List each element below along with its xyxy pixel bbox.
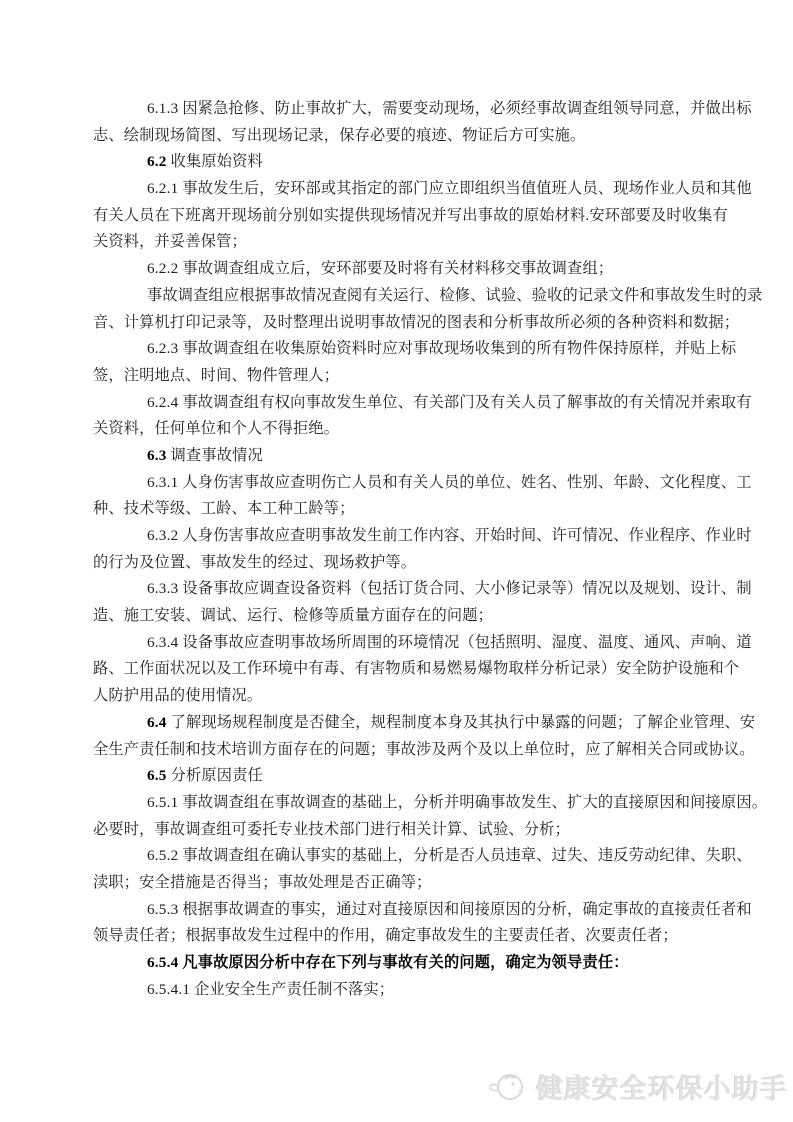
text-line: 签，注明地点、时间、物件管理人； — [93, 363, 711, 390]
text-line: 6.2.3 事故调查组在收集原始资料时应对事故现场收集到的所有物件保持原样，并贴… — [93, 336, 711, 363]
chick-logo-icon — [485, 1066, 529, 1106]
text-line: 领导责任者；根据事故发生过程中的作用，确定事故发生的主要责任者、次要责任者； — [93, 923, 711, 950]
text-line: 6.5.2 事故调查组在确认事实的基础上，分析是否人员违章、过失、违反劳动纪律、… — [93, 843, 711, 870]
line-text: 收集原始资料 — [167, 153, 263, 170]
line-text: 领导责任者；根据事故发生过程中的作用，确定事故发生的主要责任者、次要责任者； — [93, 927, 678, 944]
line-text: 分析原因责任 — [167, 767, 263, 784]
text-line: 路、工作面状况以及工作环境中有毒、有害物质和易燃易爆物取样分析记录）安全防护设施… — [93, 656, 711, 683]
line-text: 必要时，事故调查组可委托专业技术部门进行相关计算、试验、分析； — [93, 821, 570, 838]
text-line: 的行为及位置、事故发生的经过、现场救护等。 — [93, 550, 711, 577]
section-number: 6.3 — [147, 447, 167, 464]
line-text: 签，注明地点、时间、物件管理人； — [93, 367, 339, 384]
line-text: 了解现场规程制度是否健全，规程制度本身及其执行中暴露的问题；了解企业管理、安 — [167, 714, 756, 731]
line-text: 种、技术等级、工龄、本工种工龄等； — [93, 500, 355, 517]
line-text: 音、计算机打印记录等，及时整理出说明事故情况的图表和分析事故所必须的各种资料和数… — [93, 314, 739, 331]
line-text: 6.3.1 人身伤害事故应查明伤亡人员和有关人员的单位、姓名、性别、年龄、文化程… — [147, 474, 752, 491]
text-line: 6.3.2 人身伤害事故应查明事故发生前工作内容、开始时间、许可情况、作业程序、… — [93, 523, 711, 550]
line-text: 造、施工安装、调试、运行、检修等质量方面存在的问题； — [93, 607, 493, 624]
line-text: 6.5.2 事故调查组在确认事实的基础上，分析是否人员违章、过失、违反劳动纪律、… — [147, 847, 752, 864]
text-line: 事故调查组应根据事故情况查阅有关运行、检修、试验、验收的记录文件和事故发生时的录 — [93, 283, 711, 310]
document-page: 6.1.3 因紧急抢修、防止事故扩大，需要变动现场，必须经事故调查组领导同意，并… — [0, 0, 793, 1122]
text-line: 6.2.4 事故调查组有权向事故发生单位、有关部门及有关人员了解事故的有关情况并… — [93, 390, 711, 417]
line-text: 关资料，任何单位和个人不得拒绝。 — [93, 420, 339, 437]
document-body: 6.1.3 因紧急抢修、防止事故扩大，需要变动现场，必须经事故调查组领导同意，并… — [93, 96, 711, 1003]
line-text: 关资料，并妥善保管； — [93, 233, 247, 250]
text-line: 6.5 分析原因责任 — [93, 763, 711, 790]
text-line: 6.3.1 人身伤害事故应查明伤亡人员和有关人员的单位、姓名、性别、年龄、文化程… — [93, 470, 711, 497]
line-text: 6.2.3 事故调查组在收集原始资料时应对事故现场收集到的所有物件保持原样，并贴… — [147, 340, 736, 357]
text-line: 6.2.1 事故发生后，安环部或其指定的部门应立即组织当值值班人员、现场作业人员… — [93, 176, 711, 203]
text-line: 6.3.4 设备事故应查明事故场所周围的环境情况（包括照明、湿度、温度、通风、声… — [93, 630, 711, 657]
line-text: 渎职；安全措施是否得当；事故处理是否正确等； — [93, 874, 432, 891]
section-number: 6.5.4 凡事故原因分析中存在下列与事故有关的问题，确定为领导责任： — [147, 954, 629, 971]
line-text: 全生产责任制和技术培训方面存在的问题；事故涉及两个及以上单位时，应了解相关合同或… — [93, 741, 755, 758]
watermark: 健康安全环保小助手 — [485, 1066, 788, 1106]
line-text: 6.1.3 因紧急抢修、防止事故扩大，需要变动现场，必须经事故调查组领导同意，并… — [147, 100, 752, 117]
line-text: 志、绘制现场简图、写出现场记录，保存必要的痕迹、物证后方可实施。 — [93, 127, 585, 144]
line-text: 6.3.3 设备事故应调查设备资料（包括订货合同、大小修记录等）情况以及规划、设… — [147, 580, 752, 597]
text-line: 渎职；安全措施是否得当；事故处理是否正确等； — [93, 870, 711, 897]
line-text: 6.5.4.1 企业安全生产责任制不落实； — [147, 981, 394, 998]
text-line: 音、计算机打印记录等，及时整理出说明事故情况的图表和分析事故所必须的各种资料和数… — [93, 310, 711, 337]
line-text: 6.5.3 根据事故调查的事实，通过对直接原因和间接原因的分析，确定事故的直接责… — [147, 901, 752, 918]
line-text: 6.3.2 人身伤害事故应查明事故发生前工作内容、开始时间、许可情况、作业程序、… — [147, 527, 752, 544]
text-line: 关资料，任何单位和个人不得拒绝。 — [93, 416, 711, 443]
section-number: 6.5 — [147, 767, 167, 784]
line-text: 的行为及位置、事故发生的经过、现场救护等。 — [93, 554, 416, 571]
text-line: 有关人员在下班离开现场前分别如实提供现场情况并写出事故的原始材料.安环部要及时收… — [93, 203, 711, 230]
text-line: 6.4 了解现场规程制度是否健全，规程制度本身及其执行中暴露的问题；了解企业管理… — [93, 710, 711, 737]
line-text: 事故调查组应根据事故情况查阅有关运行、检修、试验、验收的记录文件和事故发生时的录 — [147, 287, 763, 304]
line-text: 有关人员在下班离开现场前分别如实提供现场情况并写出事故的原始材料.安环部要及时收… — [93, 207, 728, 224]
text-line: 志、绘制现场简图、写出现场记录，保存必要的痕迹、物证后方可实施。 — [93, 123, 711, 150]
text-line: 6.2.2 事故调查组成立后，安环部要及时将有关材料移交事故调查组； — [93, 256, 711, 283]
text-line: 6.5.1 事故调查组在事故调查的基础上，分析并明确事故发生、扩大的直接原因和间… — [93, 790, 711, 817]
watermark-label: 健康安全环保小助手 — [536, 1067, 788, 1106]
text-line: 必要时，事故调查组可委托专业技术部门进行相关计算、试验、分析； — [93, 817, 711, 844]
text-line: 6.5.4.1 企业安全生产责任制不落实； — [93, 977, 711, 1004]
section-number: 6.2 — [147, 153, 167, 170]
text-line: 人防护用品的使用情况。 — [93, 683, 711, 710]
text-line: 6.2 收集原始资料 — [93, 149, 711, 176]
line-text: 6.2.2 事故调查组成立后，安环部要及时将有关材料移交事故调查组； — [147, 260, 613, 277]
line-text: 调查事故情况 — [167, 447, 263, 464]
line-text: 人防护用品的使用情况。 — [93, 687, 262, 704]
text-line: 6.3.3 设备事故应调查设备资料（包括订货合同、大小修记录等）情况以及规划、设… — [93, 576, 711, 603]
line-text: 6.2.1 事故发生后，安环部或其指定的部门应立即组织当值值班人员、现场作业人员… — [147, 180, 752, 197]
text-line: 6.5.4 凡事故原因分析中存在下列与事故有关的问题，确定为领导责任： — [93, 950, 711, 977]
line-text: 路、工作面状况以及工作环境中有毒、有害物质和易燃易爆物取样分析记录）安全防护设施… — [93, 660, 739, 677]
text-line: 造、施工安装、调试、运行、检修等质量方面存在的问题； — [93, 603, 711, 630]
section-number: 6.4 — [147, 714, 167, 731]
text-line: 关资料，并妥善保管； — [93, 229, 711, 256]
line-text: 6.5.1 事故调查组在事故调查的基础上，分析并明确事故发生、扩大的直接原因和间… — [147, 794, 767, 811]
line-text: 6.3.4 设备事故应查明事故场所周围的环境情况（包括照明、湿度、温度、通风、声… — [147, 634, 752, 651]
text-line: 6.5.3 根据事故调查的事实，通过对直接原因和间接原因的分析，确定事故的直接责… — [93, 897, 711, 924]
text-line: 6.3 调查事故情况 — [93, 443, 711, 470]
text-line: 种、技术等级、工龄、本工种工龄等； — [93, 496, 711, 523]
text-line: 6.1.3 因紧急抢修、防止事故扩大，需要变动现场，必须经事故调查组领导同意，并… — [93, 96, 711, 123]
line-text: 6.2.4 事故调查组有权向事故发生单位、有关部门及有关人员了解事故的有关情况并… — [147, 394, 752, 411]
text-line: 全生产责任制和技术培训方面存在的问题；事故涉及两个及以上单位时，应了解相关合同或… — [93, 737, 711, 764]
